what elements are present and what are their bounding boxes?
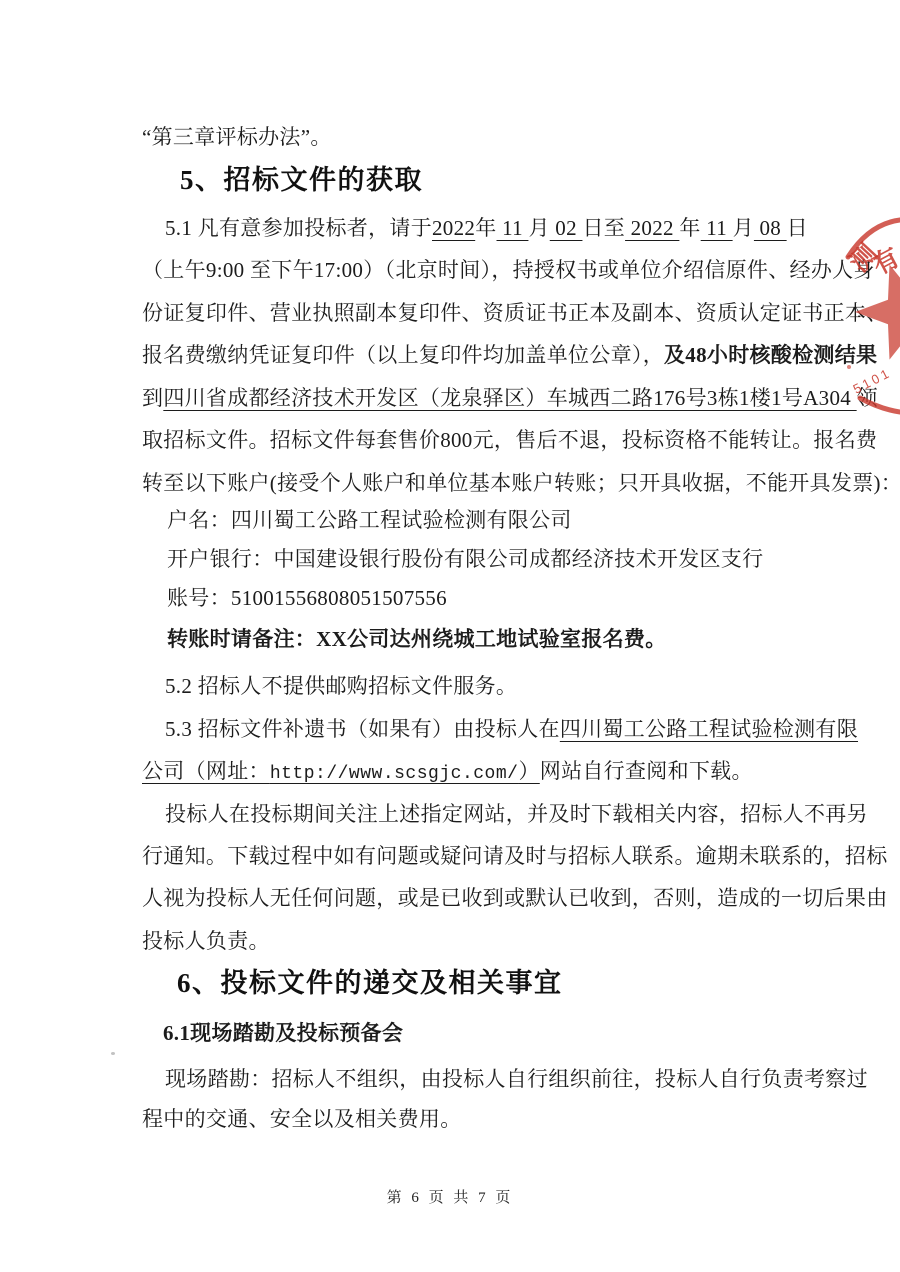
- intro-line: “第三章评标办法”。: [142, 124, 332, 150]
- p51-line-4: 报名费缴纳凭证复印件（以上复印件均加盖单位公章），及48小时核酸检测结果: [142, 342, 877, 368]
- follow-line-3: 人视为投标人无任何问题，或是已收到或默认已收到，否则，造成的一切后果由: [142, 885, 888, 911]
- red-seal-stamp: 测 有 5101: [843, 212, 900, 417]
- text-segment: 08: [754, 216, 787, 240]
- stamp-digits: 5101: [851, 365, 894, 397]
- document-page: “第三章评标办法”。 5、招标文件的获取 5.1 凡有意参加投标者，请于2022…: [0, 0, 900, 1272]
- stamp-border-arc-bottom: [860, 398, 900, 412]
- text-segment: 公司（网址：: [142, 759, 270, 783]
- p51-line-7: 转至以下账户(接受个人账户和单位基本账户转账；只开具收据，不能开具发票)：: [142, 470, 900, 496]
- p51-line-6: 取招标文件。招标文件每套售价800元，售后不退，投标资格不能转让。报名费: [142, 427, 877, 453]
- p53-line-2: 公司（网址：http://www.scsgjc.com/）网站自行查阅和下载。: [142, 758, 753, 787]
- text-segment: （上午9:00 至下午17:00）（北京时间），持授权书或单位介绍信原件、经办人…: [142, 258, 875, 282]
- text-segment: 2022: [625, 216, 679, 240]
- page-number-footer: 第 6 页 共 7 页: [0, 1185, 900, 1211]
- scan-speck: [111, 1052, 115, 1055]
- text-segment: 11: [701, 216, 733, 240]
- text-segment: ）: [518, 759, 539, 783]
- transfer-note-line: 转账时请备注：XX公司达州绕城工地试验室报名费。: [167, 626, 667, 652]
- section-6-heading: 6、投标文件的递交及相关事宜: [177, 967, 563, 999]
- p51-line-5: 到四川省成都经济技术开发区（龙泉驿区）车城西二路176号3栋1楼1号A304 领: [142, 385, 878, 411]
- text-segment: http://www.scsgjc.com/: [270, 764, 519, 784]
- account-bank-line: 开户银行：中国建设银行股份有限公司成都经济技术开发区支行: [167, 546, 763, 572]
- account-name-line: 户名：四川蜀工公路工程试验检测有限公司: [167, 507, 572, 533]
- site-visit-line-2: 程中的交通、安全以及相关费用。: [142, 1106, 462, 1132]
- site-visit-line-1: 现场踏勘：招标人不组织，由投标人自行组织前往，投标人自行负责考察过: [165, 1066, 868, 1092]
- text-segment: 到: [142, 386, 163, 410]
- text-segment: 日: [787, 216, 808, 240]
- text-segment: 网站自行查阅和下载。: [540, 759, 753, 783]
- p51-line-2: （上午9:00 至下午17:00）（北京时间），持授权书或单位介绍信原件、经办人…: [142, 257, 875, 283]
- stamp-ink-speck: [847, 365, 851, 369]
- follow-line-4: 投标人负责。: [142, 928, 270, 954]
- text-segment: 11: [497, 216, 529, 240]
- text-segment: 月: [733, 216, 754, 240]
- text-segment: 02: [550, 216, 583, 240]
- text-segment: 5.1 凡有意参加投标者，请于: [165, 216, 432, 240]
- text-segment: 日至: [582, 216, 625, 240]
- text-segment: 取招标文件。招标文件每套售价800元，售后不退，投标资格不能转让。报名费: [142, 428, 877, 452]
- p53-line-1: 5.3 招标文件补遗书（如果有）由投标人在四川蜀工公路工程试验检测有限: [165, 716, 858, 742]
- text-segment: 转至以下账户(接受个人账户和单位基本账户转账；只开具收据，不能开具发票)：: [142, 471, 900, 495]
- stamp-star-icon: [855, 265, 900, 360]
- text-segment: 四川蜀工公路工程试验检测有限: [560, 717, 858, 741]
- text-segment: 份证复印件、营业执照副本复印件、资质证书正本及副本、资质认定证书正本、: [142, 301, 888, 325]
- text-segment: 年: [679, 216, 700, 240]
- text-segment: 5.3 招标文件补遗书（如果有）由投标人在: [165, 717, 560, 741]
- p52-line: 5.2 招标人不提供邮购招标文件服务。: [165, 673, 517, 699]
- section-6-1-subheading: 6.1现场踏勘及投标预备会: [163, 1020, 403, 1046]
- text-segment: 月: [528, 216, 549, 240]
- p51-line-1: 5.1 凡有意参加投标者，请于2022年 11 月 02 日至 2022 年 1…: [165, 215, 808, 241]
- follow-line-1: 投标人在投标期间关注上述指定网站，并及时下载相关内容，招标人不再另: [165, 801, 868, 827]
- section-5-heading: 5、招标文件的获取: [180, 164, 423, 196]
- follow-line-2: 行通知。下载过程中如有问题或疑问请及时与招标人联系。逾期未联系的，招标: [142, 843, 888, 869]
- p51-line-3: 份证复印件、营业执照副本复印件、资质证书正本及副本、资质认定证书正本、: [142, 300, 888, 326]
- text-segment: 报名费缴纳凭证复印件（以上复印件均加盖单位公章），: [142, 343, 664, 367]
- text-segment: 年: [475, 216, 496, 240]
- account-number-line: 账号：51001556808051507556: [167, 585, 447, 611]
- text-segment: 四川省成都经济技术开发区（龙泉驿区）车城西二路176号3栋1楼1号A304: [163, 386, 856, 410]
- text-segment: 2022: [432, 216, 475, 240]
